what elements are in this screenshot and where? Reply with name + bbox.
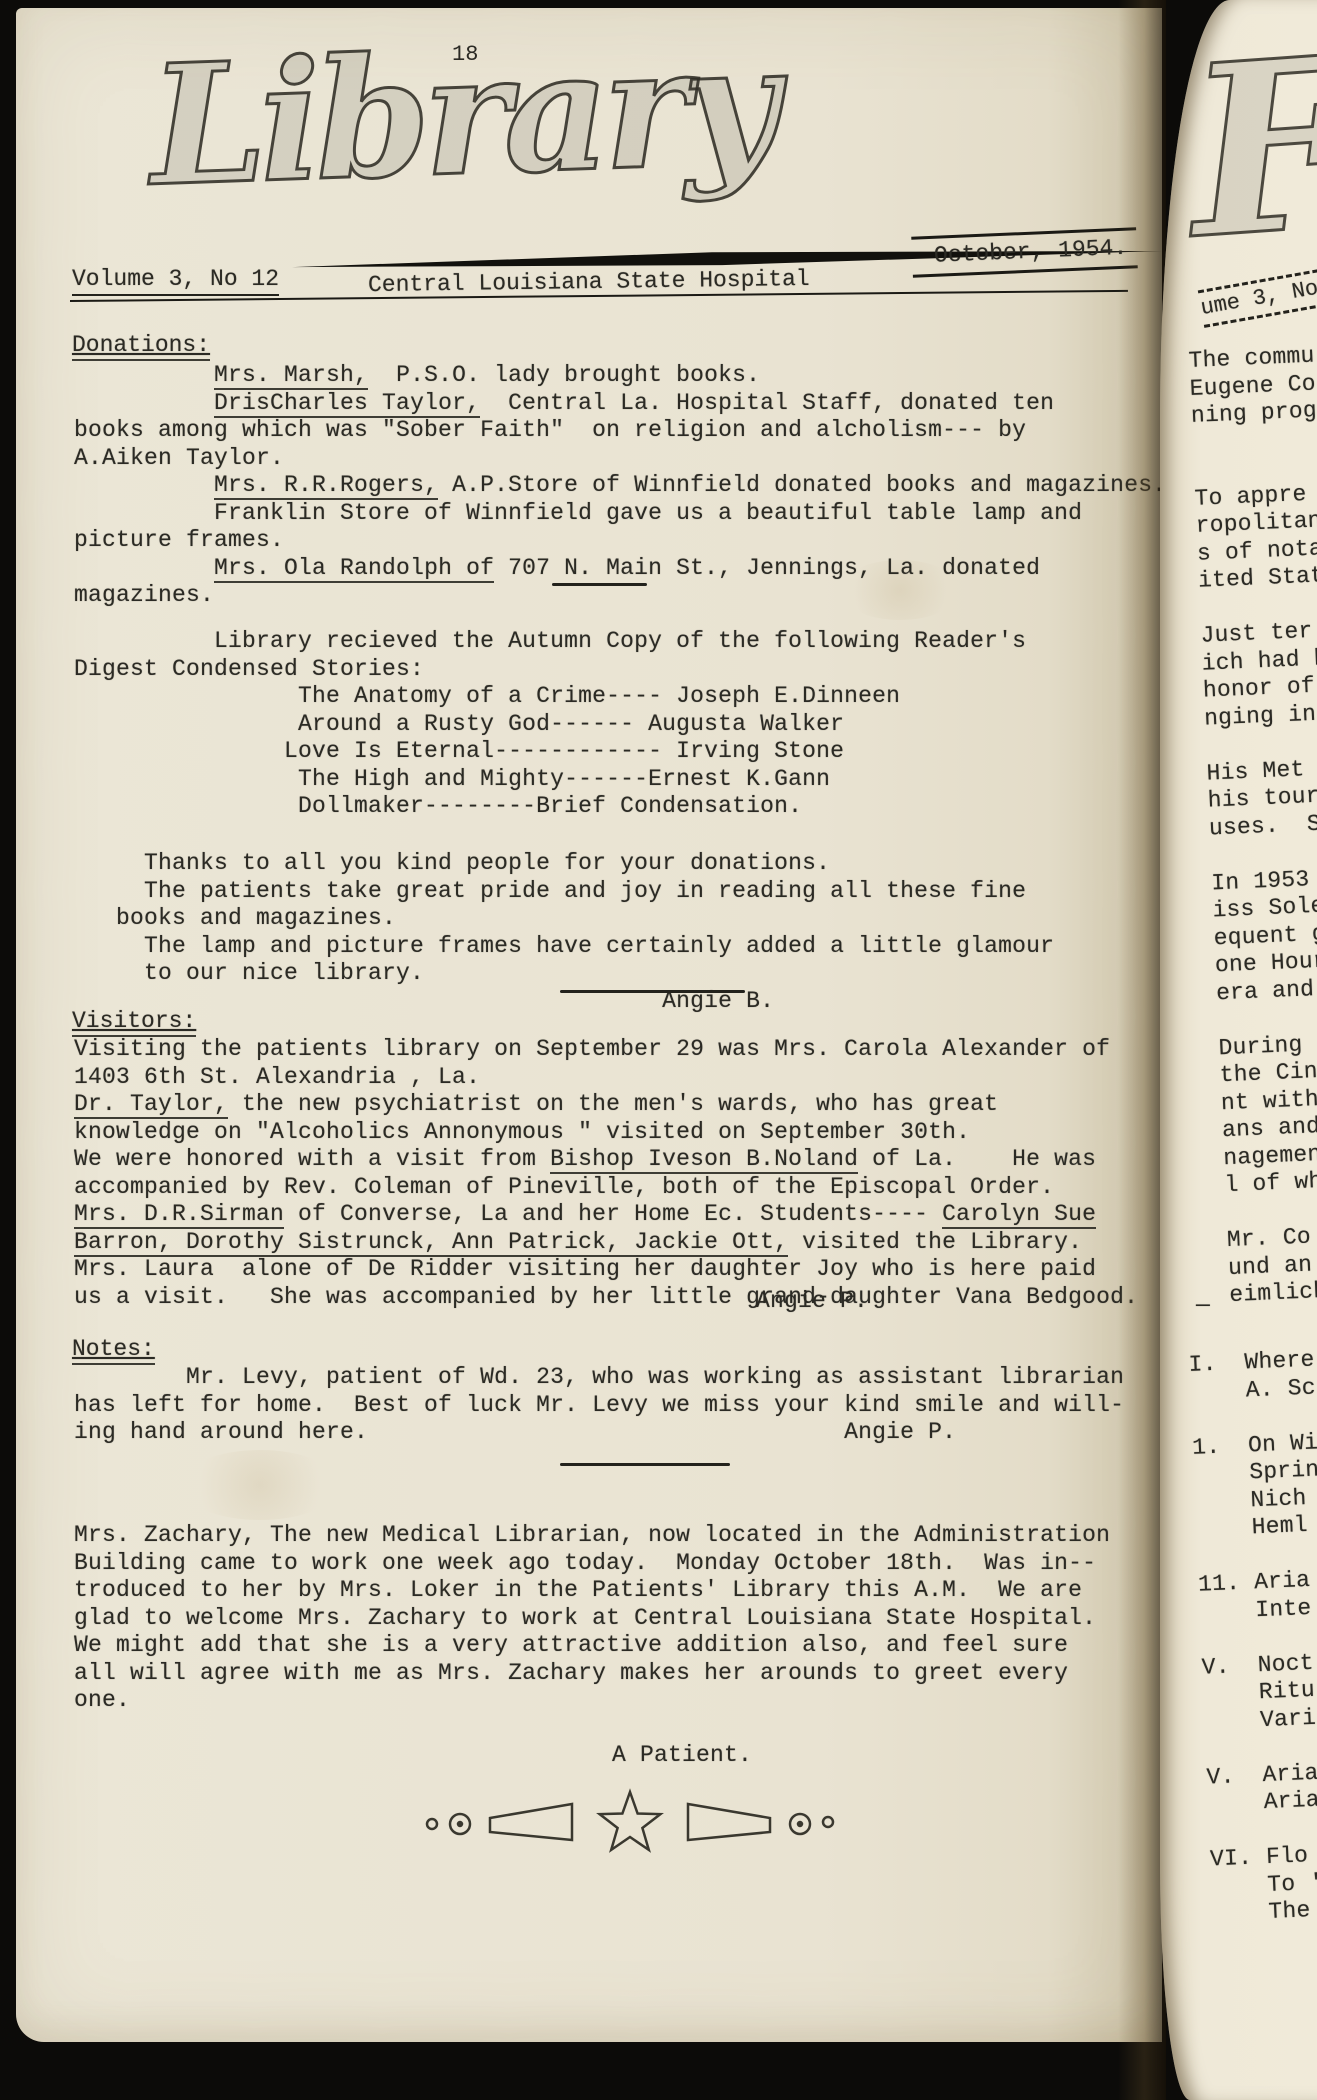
- text-line: Mrs. Ola Randolph of 707 N. Main St., Je…: [74, 555, 1166, 583]
- section-heading-donations: Donations:: [72, 332, 210, 361]
- text-line: Dr. Taylor, the new psychiatrist on the …: [74, 1091, 1138, 1119]
- text-line: A. Sc: [1189, 1374, 1316, 1407]
- text-line: DrisCharles Taylor, Central La. Hospital…: [74, 390, 1166, 418]
- page-fold-shadow: [1118, 0, 1166, 2100]
- text-line: Library recieved the Autumn Copy of the …: [74, 628, 1026, 656]
- photographed-newsletter-page: 18 Library Volume 3, No 12 Central Louis…: [0, 0, 1317, 2100]
- text-line: Mr. Co: [1226, 1221, 1317, 1255]
- text-line: books and magazines.: [74, 905, 1054, 933]
- circle-icon: [427, 1819, 437, 1829]
- text-line: Heml: [1195, 1511, 1317, 1544]
- ornament-divider: [420, 1782, 840, 1866]
- text-line: Visiting the patients library on Septemb…: [74, 1036, 1138, 1064]
- text-line: Mrs. D.R.Sirman of Converse, La and her …: [74, 1201, 1138, 1229]
- text-line: ning prog: [1190, 397, 1317, 431]
- text-line: Mrs. Zachary, The new Medical Librarian,…: [74, 1522, 1110, 1550]
- visitors-text: Visiting the patients library on Septemb…: [74, 1036, 1138, 1311]
- text-line: Mr. Levy, patient of Wd. 23, who was wor…: [74, 1364, 1124, 1392]
- notes-text: Mr. Levy, patient of Wd. 23, who was wor…: [74, 1364, 1124, 1447]
- next-page-dash: —: [1196, 1292, 1210, 1320]
- readers-digest-text: Library recieved the Autumn Copy of the …: [74, 628, 1026, 821]
- text-line: era and h: [1216, 974, 1317, 1008]
- signature-angie-p: Angie P.: [756, 1288, 868, 1316]
- text-line: Barron, Dorothy Sistrunck, Ann Patrick, …: [74, 1229, 1138, 1257]
- donations-text: Mrs. Marsh, P.S.O. lady brought books. D…: [74, 362, 1166, 610]
- text-line: nt with t: [1220, 1084, 1317, 1118]
- text-line: Vari: [1204, 1704, 1317, 1737]
- text-line: The: [1212, 1896, 1317, 1929]
- text-line: knowledge on "Alcoholics Annonymous " vi…: [74, 1119, 1138, 1147]
- circle-dot-center: [458, 1822, 462, 1826]
- text-line: Inte: [1199, 1594, 1317, 1627]
- paper-stain: [180, 1450, 340, 1520]
- text-line: Mrs. R.R.Rogers, A.P.Store of Winnfield …: [74, 472, 1166, 500]
- text-line: The High and Mighty------Ernest K.Gann: [74, 766, 1026, 794]
- text-line: picture frames.: [74, 527, 1166, 555]
- text-line: The patients take great pride and joy in…: [74, 878, 1054, 906]
- text-line: We might add that she is a very attracti…: [74, 1632, 1110, 1660]
- text-line: In 1953: [1211, 864, 1317, 898]
- text-line: troduced to her by Mrs. Loker in the Pat…: [74, 1577, 1110, 1605]
- text-line: to our nice library.: [74, 960, 1054, 988]
- circle-icon: [823, 1817, 833, 1827]
- text-line: To ': [1211, 1869, 1317, 1902]
- text-line: magazines.: [74, 582, 1166, 610]
- text-line: Building came to work one week ago today…: [74, 1550, 1110, 1578]
- text-line: A.Aiken Taylor.: [74, 445, 1166, 473]
- text-line: all will agree with me as Mrs. Zachary m…: [74, 1660, 1110, 1688]
- text-line: Aria: [1207, 1786, 1317, 1819]
- main-page: 18 Library Volume 3, No 12 Central Louis…: [16, 8, 1162, 2042]
- issue-date: October, 1954.: [911, 227, 1138, 277]
- circle-dot-center: [798, 1822, 802, 1826]
- next-page-text-fragments: The commuEugene Coning progTo appreropol…: [1188, 342, 1317, 1310]
- text-line: glad to welcome Mrs. Zachary to work at …: [74, 1605, 1110, 1633]
- trapezoid-icon: [490, 1804, 572, 1840]
- text-line: one.: [74, 1687, 1110, 1715]
- text-line: The Anatomy of a Crime---- Joseph E.Dinn…: [74, 683, 1026, 711]
- section-divider: [560, 990, 745, 993]
- text-line: ited State: [1198, 562, 1317, 596]
- text-line: Mrs. Marsh, P.S.O. lady brought books.: [74, 362, 1166, 390]
- text-line: Thanks to all you kind people for your d…: [74, 850, 1054, 878]
- next-page-list-fragments: I. Where A. Sc1. On Wi Sprin Nich Heml11…: [1188, 1347, 1317, 1929]
- trapezoid-icon: [688, 1804, 770, 1840]
- text-line: us a visit. She was accompanied by her l…: [74, 1284, 1138, 1312]
- text-line: und an A: [1228, 1249, 1317, 1283]
- text-line: Digest Condensed Stories:: [74, 656, 1026, 684]
- text-line: l of whic: [1224, 1166, 1317, 1200]
- next-page: F ume 3, No. The commuEugene Coning prog…: [1160, 0, 1317, 2100]
- section-divider: [552, 583, 647, 586]
- text-line: accompanied by Rev. Coleman of Pineville…: [74, 1174, 1138, 1202]
- closing-a-patient: A Patient.: [612, 1742, 752, 1770]
- text-line: We were honored with a visit from Bishop…: [74, 1146, 1138, 1174]
- text-line: nagement: [1223, 1139, 1317, 1173]
- text-line: ing hand around here. Angie P.: [74, 1419, 1124, 1447]
- text-line: Franklin Store of Winnfield gave us a be…: [74, 500, 1166, 528]
- text-line: equent gu: [1213, 919, 1317, 953]
- zachary-text: Mrs. Zachary, The new Medical Librarian,…: [74, 1522, 1110, 1715]
- volume-label: Volume 3, No 12: [72, 266, 279, 296]
- next-page-title-fragment: F: [1181, 5, 1317, 292]
- text-line: 1403 6th St. Alexandria , La.: [74, 1064, 1138, 1092]
- text-line: the Cinc: [1219, 1056, 1317, 1090]
- section-divider: [560, 1463, 730, 1466]
- text-line: has left for home. Best of luck Mr. Levy…: [74, 1392, 1124, 1420]
- text-line: ans and t: [1222, 1111, 1317, 1145]
- text-line: Around a Rusty God------ Augusta Walker: [74, 711, 1026, 739]
- text-line: iss Solem: [1212, 891, 1317, 925]
- text-line: eimliche.: [1229, 1276, 1317, 1310]
- text-line: books among which was "Sober Faith" on r…: [74, 417, 1166, 445]
- section-heading-visitors: Visitors:: [72, 1008, 196, 1037]
- text-line: one Hour.: [1214, 946, 1317, 980]
- newsletter-title: Library: [147, 7, 775, 223]
- text-line: The lamp and picture frames have certain…: [74, 933, 1054, 961]
- text-line: nging in t: [1204, 699, 1317, 733]
- text-line: Mrs. Laura alone of De Ridder visiting h…: [74, 1256, 1138, 1284]
- text-line: Love Is Eternal------------ Irving Stone: [74, 738, 1026, 766]
- text-line: uses. So: [1208, 809, 1317, 843]
- text-line: Dollmaker--------Brief Condensation.: [74, 793, 1026, 821]
- section-heading-notes: Notes:: [72, 1336, 155, 1365]
- text-line: During: [1218, 1029, 1317, 1063]
- star-icon: [600, 1792, 661, 1850]
